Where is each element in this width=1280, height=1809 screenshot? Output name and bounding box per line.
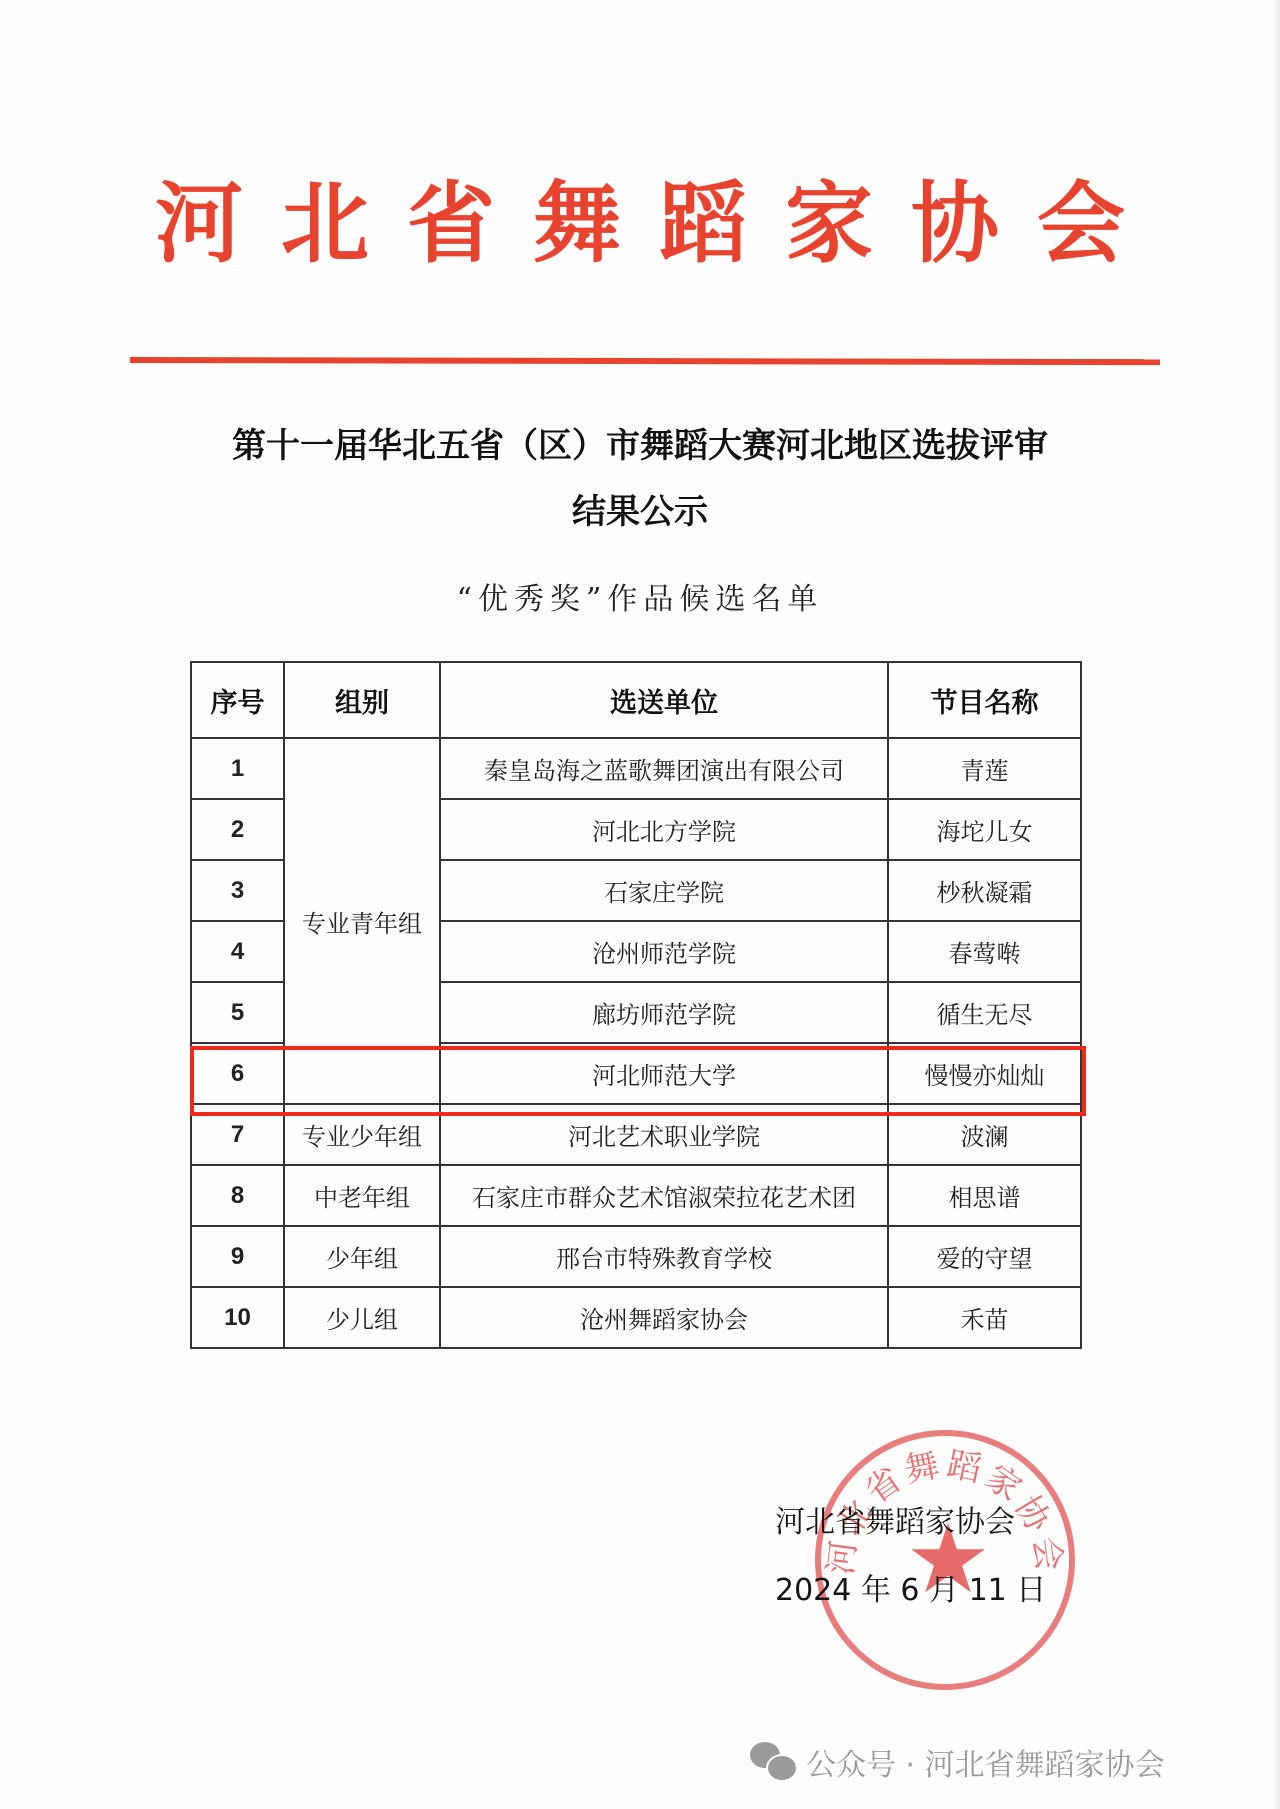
row-program: 波澜	[888, 1104, 1081, 1165]
header-program: 节目名称	[888, 662, 1081, 738]
list-subtitle: “优秀奖”作品候选名单	[0, 574, 1280, 618]
signature-date: 2024 年 6 月 11 日	[775, 1565, 1046, 1609]
table-row: 8 中老年组 石家庄市群众艺术馆淑荣拉花艺术团 相思谱	[191, 1165, 1081, 1226]
row-program: 爱的守望	[888, 1226, 1081, 1287]
wechat-icon	[750, 1742, 796, 1782]
row-number: 9	[191, 1226, 284, 1287]
row-group: 少儿组	[284, 1287, 440, 1348]
row-program: 相思谱	[888, 1165, 1081, 1226]
row-program: 循生无尽	[888, 982, 1081, 1043]
row-number: 3	[191, 860, 284, 921]
row-program: 禾苗	[888, 1287, 1081, 1348]
table-header-row: 序号 组别 选送单位 节目名称	[191, 662, 1081, 738]
header-group: 组别	[284, 662, 440, 738]
row-program: 杪秋凝霜	[888, 860, 1081, 921]
row-group: 专业少年组	[284, 1104, 440, 1165]
candidate-table: 序号 组别 选送单位 节目名称 1 专业青年组 秦皇岛海之蓝歌舞团演出有限公司 …	[190, 661, 1082, 1349]
document-title-line1: 第十一届华北五省（区）市舞蹈大赛河北地区选拔评审	[0, 418, 1280, 467]
table-row: 7 专业少年组 河北艺术职业学院 波澜	[191, 1104, 1081, 1165]
row-unit: 廊坊师范学院	[440, 982, 888, 1043]
row-unit: 河北师范大学	[440, 1043, 888, 1104]
letterhead-divider	[130, 357, 1160, 365]
table-row: 10 少儿组 沧州舞蹈家协会 禾苗	[191, 1287, 1081, 1348]
header-number: 序号	[191, 662, 284, 738]
row-unit: 沧州舞蹈家协会	[440, 1287, 888, 1348]
signature-organization: 河北省舞蹈家协会	[775, 1497, 1015, 1541]
row-program: 海坨儿女	[888, 799, 1081, 860]
official-seal: 河北省舞蹈家协会 ★	[815, 1430, 1075, 1690]
row-number: 7	[191, 1104, 284, 1165]
row-number: 5	[191, 982, 284, 1043]
table-row: 1 专业青年组 秦皇岛海之蓝歌舞团演出有限公司 青莲	[191, 738, 1081, 799]
row-unit: 河北北方学院	[440, 799, 888, 860]
row-unit: 邢台市特殊教育学校	[440, 1226, 888, 1287]
watermark-text: 公众号 · 河北省舞蹈家协会	[806, 1740, 1165, 1784]
wechat-watermark: 公众号 · 河北省舞蹈家协会	[750, 1740, 1165, 1784]
row-program: 慢慢亦灿灿	[888, 1043, 1081, 1104]
row-number: 6	[191, 1043, 284, 1104]
header-unit: 选送单位	[440, 662, 888, 738]
row-number: 10	[191, 1287, 284, 1348]
row-program: 春莺啭	[888, 921, 1081, 982]
row-unit: 石家庄市群众艺术馆淑荣拉花艺术团	[440, 1165, 888, 1226]
table-row: 9 少年组 邢台市特殊教育学校 爱的守望	[191, 1226, 1081, 1287]
row-unit: 河北艺术职业学院	[440, 1104, 888, 1165]
row-number: 8	[191, 1165, 284, 1226]
row-unit: 石家庄学院	[440, 860, 888, 921]
row-group: 少年组	[284, 1226, 440, 1287]
row-number: 2	[191, 799, 284, 860]
row-program: 青莲	[888, 738, 1081, 799]
row-group: 专业青年组	[284, 738, 440, 1104]
row-group: 中老年组	[284, 1165, 440, 1226]
letterhead-title: 河北省舞蹈家协会	[0, 168, 1280, 278]
row-unit: 秦皇岛海之蓝歌舞团演出有限公司	[440, 738, 888, 799]
document-title-line2: 结果公示	[0, 484, 1280, 533]
row-unit: 沧州师范学院	[440, 921, 888, 982]
row-number: 4	[191, 921, 284, 982]
row-number: 1	[191, 738, 284, 799]
